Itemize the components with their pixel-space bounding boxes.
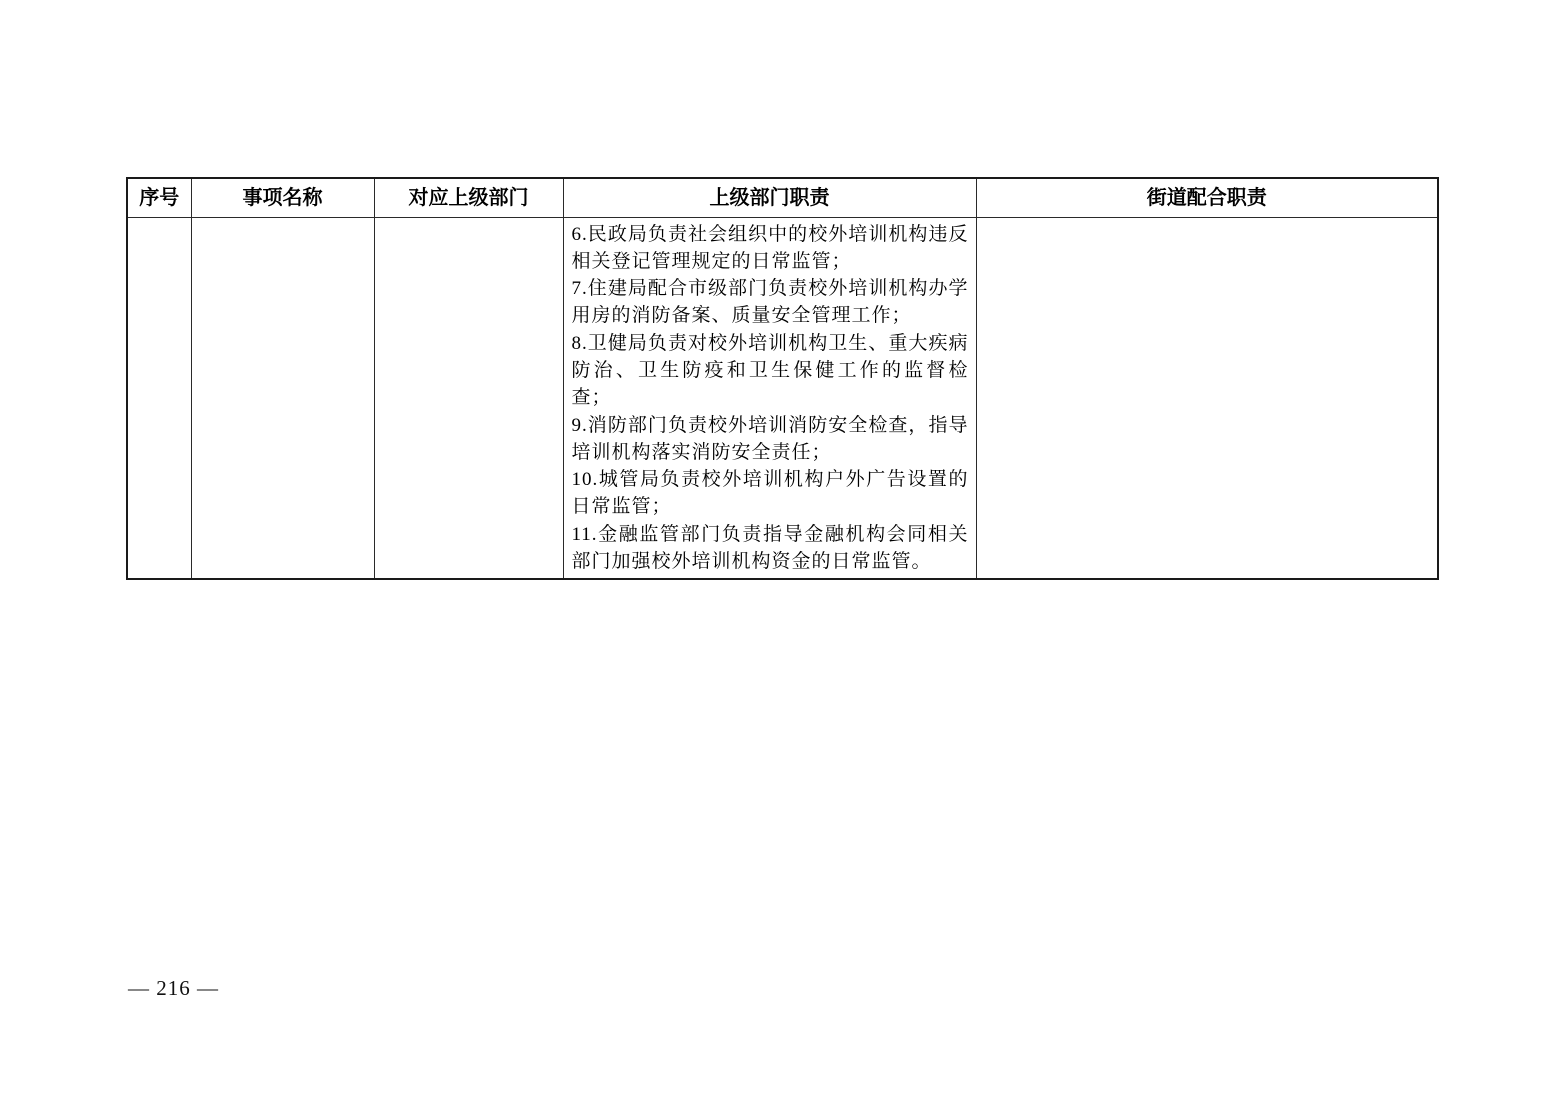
- duty-item-7: 7.住建局配合市级部门负责校外培训机构办学用房的消防备案、质量安全管理工作；: [572, 275, 969, 330]
- header-superior-duties: 上级部门职责: [563, 178, 976, 217]
- header-item-name: 事项名称: [191, 178, 374, 217]
- duties-table-body: 6.民政局负责社会组织中的校外培训机构违反相关登记管理规定的日常监管； 7.住建…: [127, 217, 1438, 579]
- page-number: — 216 —: [128, 976, 219, 1001]
- duty-item-10: 10.城管局负责校外培训机构户外广告设置的日常监管；: [572, 466, 969, 521]
- duty-item-9: 9.消防部门负责校外培训消防安全检查，指导培训机构落实消防安全责任；: [572, 412, 969, 467]
- table-row: 6.民政局负责社会组织中的校外培训机构违反相关登记管理规定的日常监管； 7.住建…: [127, 217, 1438, 579]
- header-superior-department: 对应上级部门: [374, 178, 563, 217]
- cell-superior-department: [374, 217, 563, 579]
- duty-item-11: 11.金融监管部门负责指导金融机构会同相关部门加强校外培训机构资金的日常监管。: [572, 521, 969, 576]
- cell-superior-duties: 6.民政局负责社会组织中的校外培训机构违反相关登记管理规定的日常监管； 7.住建…: [563, 217, 976, 579]
- duty-item-8: 8.卫健局负责对校外培训机构卫生、重大疾病防治、卫生防疫和卫生保健工作的监督检查…: [572, 330, 969, 412]
- header-street-cooperation-duties: 街道配合职责: [976, 178, 1438, 217]
- cell-item-name: [191, 217, 374, 579]
- cell-street-cooperation-duties: [976, 217, 1438, 579]
- header-seq: 序号: [127, 178, 191, 217]
- cell-seq: [127, 217, 191, 579]
- duty-item-6: 6.民政局负责社会组织中的校外培训机构违反相关登记管理规定的日常监管；: [572, 221, 969, 276]
- header-row: 序号 事项名称 对应上级部门 上级部门职责 街道配合职责: [127, 178, 1438, 217]
- duties-table: 序号 事项名称 对应上级部门 上级部门职责 街道配合职责 6.民政局负责社会组织…: [126, 177, 1439, 580]
- duties-table-header: 序号 事项名称 对应上级部门 上级部门职责 街道配合职责: [127, 178, 1438, 217]
